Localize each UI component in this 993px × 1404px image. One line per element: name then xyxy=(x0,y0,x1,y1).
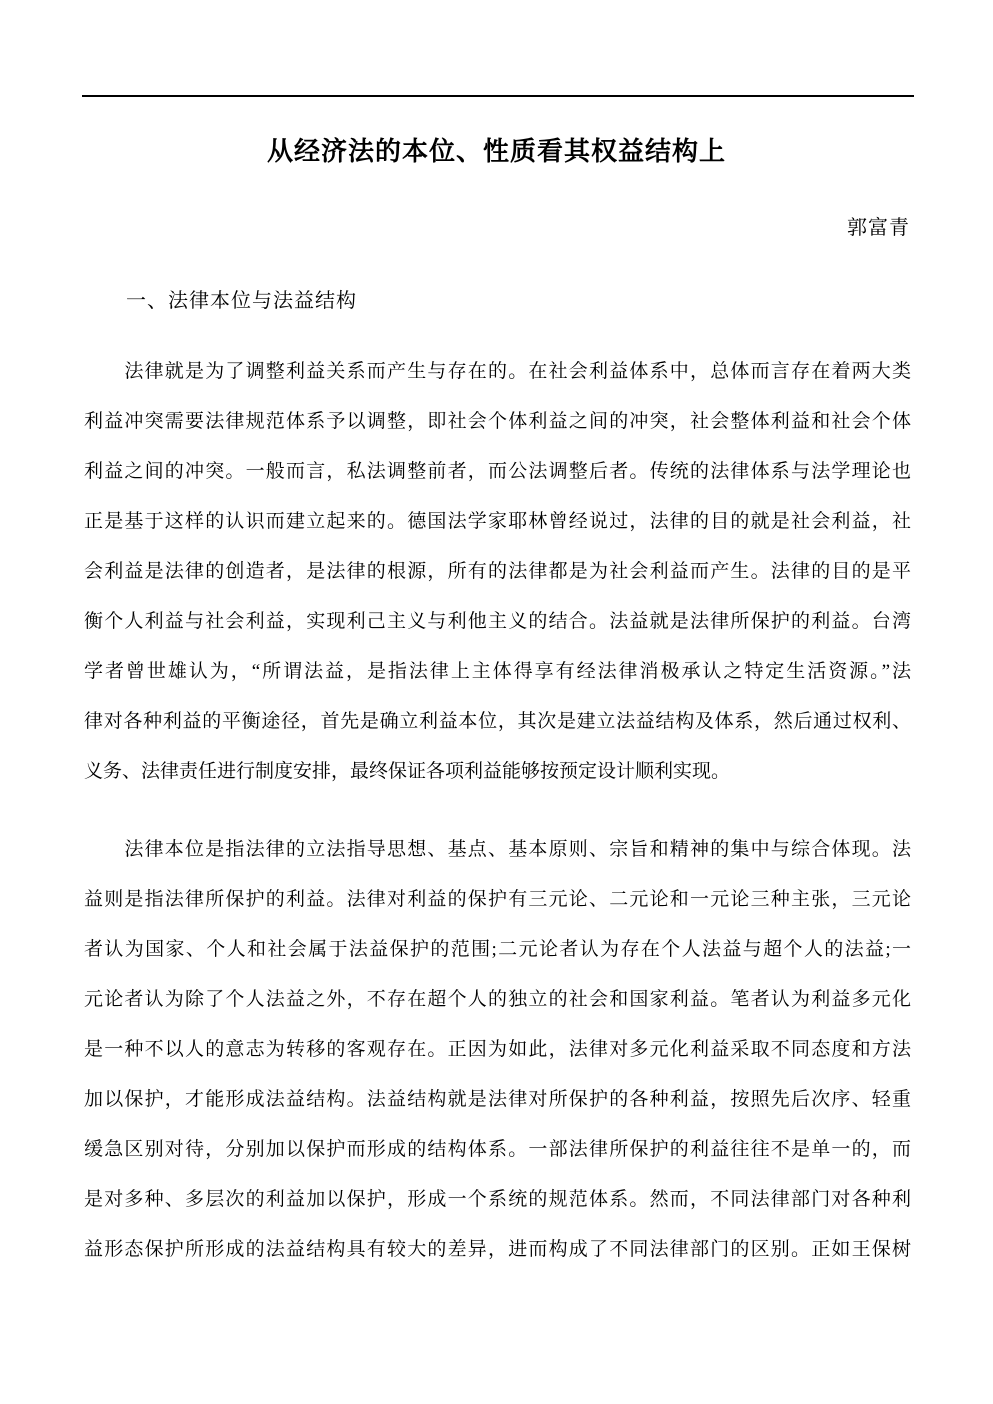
text-line: 义务、法律责任进行制度安排，最终保证各项利益能够按预定设计顺利实现。 xyxy=(84,747,911,797)
text-line: 益则是指法律所保护的利益。法律对利益的保护有三元论、二元论和一元论三种主张，三元… xyxy=(84,875,911,925)
text-line: 法律本位是指法律的立法指导思想、基点、基本原则、宗旨和精神的集中与综合体现。法 xyxy=(84,825,911,875)
section-heading: 一、法律本位与法益结构 xyxy=(126,284,357,313)
text-line: 法律就是为了调整利益关系而产生与存在的。在社会利益体系中，总体而言存在着两大类 xyxy=(84,347,911,397)
text-line: 利益冲突需要法律规范体系予以调整，即社会个体利益之间的冲突，社会整体利益和社会个… xyxy=(84,397,911,447)
text-line: 者认为国家、个人和社会属于法益保护的范围;二元论者认为存在个人法益与超个人的法益… xyxy=(84,925,911,975)
text-line: 利益之间的冲突。一般而言，私法调整前者，而公法调整后者。传统的法律体系与法学理论… xyxy=(84,447,911,497)
document-page: 从经济法的本位、性质看其权益结构上 郭富青 一、法律本位与法益结构 法律就是为了… xyxy=(0,0,993,1404)
text-line: 加以保护，才能形成法益结构。法益结构就是法律对所保护的各种利益，按照先后次序、轻… xyxy=(84,1075,911,1125)
doc-title: 从经济法的本位、性质看其权益结构上 xyxy=(0,131,993,168)
author-name: 郭富青 xyxy=(847,211,910,240)
text-line: 衡个人利益与社会利益，实现利己主义与利他主义的结合。法益就是法律所保护的利益。台… xyxy=(84,597,911,647)
header-divider xyxy=(82,95,914,97)
text-line: 益形态保护所形成的法益结构具有较大的差异，进而构成了不同法律部门的区别。正如王保… xyxy=(84,1225,911,1275)
text-line: 是一种不以人的意志为转移的客观存在。正因为如此，法律对多元化利益采取不同态度和方… xyxy=(84,1025,911,1075)
text-line: 学者曾世雄认为，“所谓法益，是指法律上主体得享有经法律消极承认之特定生活资源。”… xyxy=(84,647,911,697)
text-line: 是对多种、多层次的利益加以保护，形成一个系统的规范体系。然而，不同法律部门对各种… xyxy=(84,1175,911,1225)
text-line: 律对各种利益的平衡途径，首先是确立利益本位，其次是建立法益结构及体系，然后通过权… xyxy=(84,697,911,747)
text-line: 会利益是法律的创造者，是法律的根源，所有的法律都是为社会利益而产生。法律的目的是… xyxy=(84,547,911,597)
paragraph-2: 法律本位是指法律的立法指导思想、基点、基本原则、宗旨和精神的集中与综合体现。法 … xyxy=(84,825,911,1275)
text-line: 缓急区别对待，分别加以保护而形成的结构体系。一部法律所保护的利益往往不是单一的，… xyxy=(84,1125,911,1175)
text-line: 元论者认为除了个人法益之外，不存在超个人的独立的社会和国家利益。笔者认为利益多元… xyxy=(84,975,911,1025)
paragraph-1: 法律就是为了调整利益关系而产生与存在的。在社会利益体系中，总体而言存在着两大类 … xyxy=(84,347,911,797)
text-line: 正是基于这样的认识而建立起来的。德国法学家耶林曾经说过，法律的目的就是社会利益，… xyxy=(84,497,911,547)
